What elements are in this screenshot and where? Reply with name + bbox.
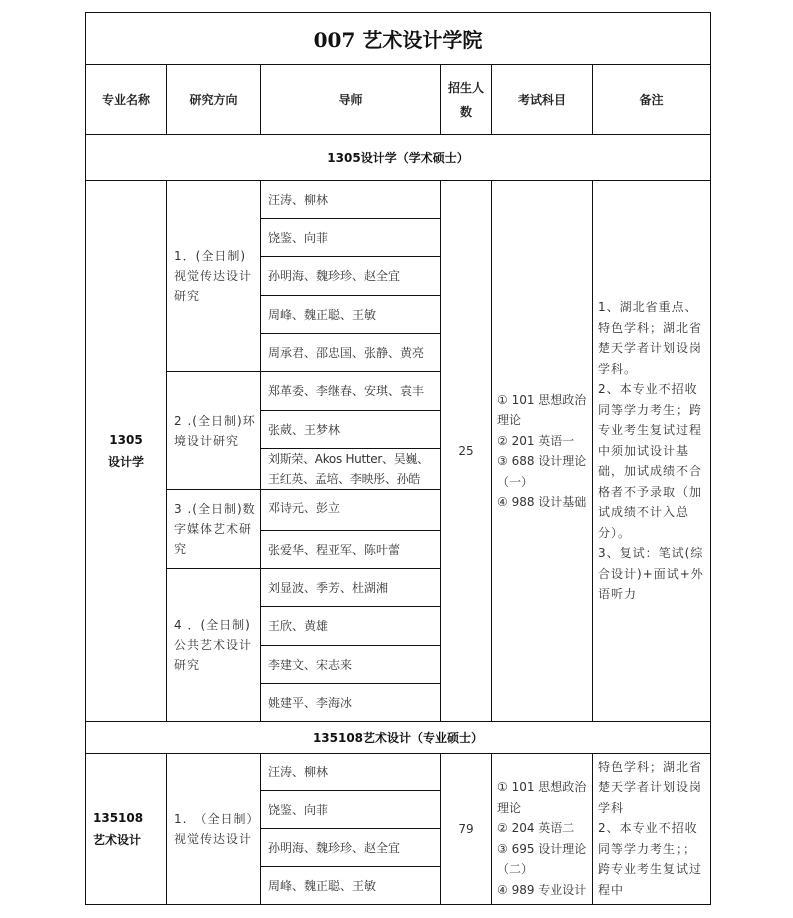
exam-subject: ④ 988 设计基础 [497, 492, 586, 513]
advisor-row: 姚建平、李海冰 [260, 683, 441, 722]
header-direction: 研究方向 [166, 64, 261, 135]
advisor-row: 饶鉴、向菲 [260, 790, 441, 829]
advisor-names: 王欣、黄雄 [268, 616, 328, 636]
table-title: 007 艺术设计学院 [85, 12, 711, 65]
advisor-names: 周峰、魏正聪、王敏 [268, 876, 376, 896]
advisor-names: 饶鉴、向菲 [268, 800, 328, 820]
advisor-row: 刘显波、季芳、杜湖湘 [260, 568, 441, 607]
major-code: 135108 [93, 807, 143, 829]
exam-subject: ② 204 英语二 [497, 818, 574, 839]
direction-cell: 3 .(全日制)数字媒体艺术研究 [166, 489, 261, 569]
exam-subject: ① 101 思想政治理论 [497, 390, 590, 431]
remark-item: 3、复试：笔试(综合设计)+面试+外语听力 [598, 543, 707, 605]
header-enrollment-label-2: 数 [460, 100, 472, 124]
advisor-names: 汪涛、柳林 [268, 190, 328, 210]
enrollment-cell-135108: 79 [440, 753, 492, 905]
remark-item: 1、湖北省重点、特色学科；湖北省楚天学者计划设岗学科。 [598, 297, 707, 379]
advisor-row: 郑革委、李继春、安琪、袁丰 [260, 371, 441, 411]
exam-subjects-135108: ① 101 思想政治理论 ② 204 英语二 ③ 695 设计理论（二） ④ 9… [491, 753, 593, 905]
advisor-names: 邓诗元、彭立 [268, 498, 340, 518]
advisor-names: 孙明海、魏珍珍、赵全宜 [268, 838, 400, 858]
advisor-row: 张葳、王梦林 [260, 410, 441, 449]
direction-label: 4 ．(全日制)公共艺术设计研究 [174, 615, 256, 675]
advisor-row: 汪涛、柳林 [260, 180, 441, 219]
header-exam-label: 考试科目 [518, 90, 566, 110]
advisor-row: 饶鉴、向菲 [260, 218, 441, 257]
college-title: 007 艺术设计学院 [314, 24, 483, 53]
advisor-row: 刘斯荣、Akos Hutter、吴巍、王红英、孟培、李映彤、孙皓 [260, 448, 441, 490]
advisor-row: 周承君、邵忠国、张静、黄亮 [260, 333, 441, 372]
advisor-names: 刘斯荣、Akos Hutter、吴巍、王红英、孟培、李映彤、孙皓 [268, 449, 436, 489]
remarks-1305: 1、湖北省重点、特色学科；湖北省楚天学者计划设岗学科。 2、本专业不招收同等学力… [592, 180, 711, 722]
direction-cell: 1. （全日制）视觉传达设计 [166, 753, 261, 905]
direction-label: 3 .(全日制)数字媒体艺术研究 [174, 499, 256, 559]
enrollment-count: 25 [458, 441, 473, 461]
advisor-names: 周承君、邵忠国、张静、黄亮 [268, 343, 424, 363]
advisor-row: 邓诗元、彭立 [260, 489, 441, 531]
header-exam: 考试科目 [491, 64, 593, 135]
header-remarks-label: 备注 [639, 90, 663, 110]
advisor-names: 郑革委、李继春、安琪、袁丰 [268, 381, 424, 401]
major-code: 1305 [109, 429, 142, 451]
major-name: 设计学 [108, 451, 144, 473]
advisor-names: 周峰、魏正聪、王敏 [268, 305, 376, 325]
enrollment-count: 79 [458, 819, 473, 839]
advisor-names: 姚建平、李海冰 [268, 693, 352, 713]
header-direction-label: 研究方向 [189, 90, 237, 110]
direction-label: 2 .(全日制)环境设计研究 [174, 411, 256, 451]
advisor-names: 饶鉴、向菲 [268, 228, 328, 248]
header-advisor-label: 导师 [338, 90, 362, 110]
advisor-row: 周峰、魏正聪、王敏 [260, 866, 441, 905]
exam-subject: ③ 695 设计理论（二） [497, 839, 590, 880]
major-cell-1305: 1305 设计学 [85, 180, 167, 722]
direction-cell: 2 .(全日制)环境设计研究 [166, 371, 261, 490]
direction-cell: 1．(全日制)视觉传达设计研究 [166, 180, 261, 372]
advisor-names: 刘显波、季芳、杜湖湘 [268, 578, 388, 598]
advisor-names: 张爱华、程亚军、陈叶蕾 [268, 540, 400, 560]
header-major: 专业名称 [85, 64, 167, 135]
exam-subject: ② 201 英语一 [497, 431, 574, 452]
exam-subject: ④ 989 专业设计 [497, 880, 586, 901]
advisor-row: 汪涛、柳林 [260, 753, 441, 791]
exam-subjects-1305: ① 101 思想政治理论 ② 201 英语一 ③ 688 设计理论（一） ④ 9… [491, 180, 593, 722]
header-major-label: 专业名称 [102, 90, 150, 110]
section-row-1305: 1305设计学（学术硕士） [85, 134, 711, 181]
advisor-names: 孙明海、魏珍珍、赵全宜 [268, 266, 400, 286]
exam-subject: ① 101 思想政治理论 [497, 777, 590, 818]
header-enrollment-label-1: 招生人 [448, 76, 484, 100]
remarks-135108: 1、湖北省重点、特色学科；湖北省楚天学者计划设岗学科 2、本专业不招收同等学力考… [592, 753, 711, 905]
section-label: 135108艺术设计（专业硕士） [313, 729, 483, 746]
advisor-row: 孙明海、魏珍珍、赵全宜 [260, 828, 441, 867]
major-name: 艺术设计 [93, 829, 141, 851]
direction-label: 1．(全日制)视觉传达设计研究 [174, 246, 256, 306]
advisor-row: 王欣、黄雄 [260, 606, 441, 646]
advisor-row: 张爱华、程亚军、陈叶蕾 [260, 530, 441, 569]
remark-item: 2、本专业不招收同等学力考生；跨专业考生复试过程中须加试设计基础，加试成绩不合格… [598, 379, 707, 543]
advisor-names: 李建文、宋志来 [268, 655, 352, 675]
header-advisor: 导师 [260, 64, 441, 135]
remark-item: 2、本专业不招收同等学力考生；；跨专业考生复试过程中 [598, 818, 707, 900]
direction-cell: 4 ．(全日制)公共艺术设计研究 [166, 568, 261, 722]
major-cell-135108: 135108 艺术设计 [85, 753, 167, 905]
advisor-names: 张葳、王梦林 [268, 420, 340, 440]
remark-item: 1、湖北省重点、特色学科；湖北省楚天学者计划设岗学科 [598, 753, 707, 818]
section-row-135108: 135108艺术设计（专业硕士） [85, 721, 711, 754]
advisor-row: 周峰、魏正聪、王敏 [260, 295, 441, 334]
advisor-row: 孙明海、魏珍珍、赵全宜 [260, 256, 441, 296]
exam-subject: ③ 688 设计理论（一） [497, 451, 590, 492]
advisor-names: 汪涛、柳林 [268, 762, 328, 782]
header-remarks: 备注 [592, 64, 711, 135]
section-label: 1305设计学（学术硕士） [327, 149, 468, 166]
direction-label: 1. （全日制）视觉传达设计 [174, 809, 256, 849]
advisor-row: 李建文、宋志来 [260, 645, 441, 684]
header-enrollment: 招生人 数 [440, 64, 492, 135]
enrollment-cell-1305: 25 [440, 180, 492, 722]
